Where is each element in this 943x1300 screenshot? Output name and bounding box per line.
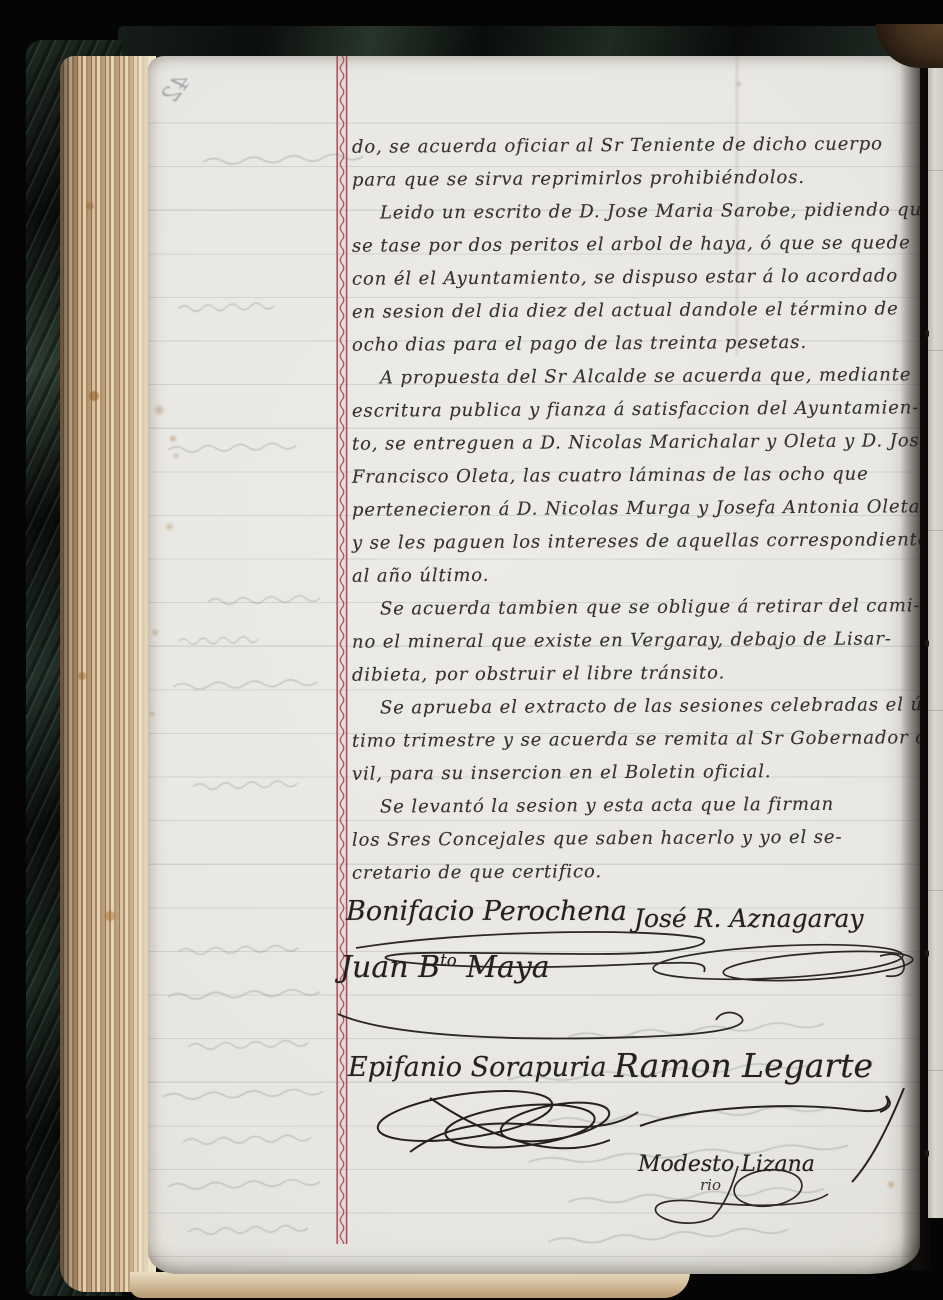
- photograph-of-minute-book: 42: [0, 0, 943, 1300]
- signature-flourish: [332, 996, 762, 1048]
- foxing-spot: [148, 710, 156, 718]
- facing-page-rule: [928, 530, 943, 531]
- manuscript-line: Leido un escrito de D. Jose Maria Sarobe…: [352, 199, 914, 235]
- signature-superscript: to: [440, 951, 457, 970]
- facing-page-rule: [928, 170, 943, 171]
- manuscript-line: Se aprueba el extracto de las sesiones c…: [352, 694, 914, 730]
- manuscript-line: Francisco Oleta, las cuatro láminas de l…: [352, 463, 914, 499]
- manuscript-line: timo trimestre y se acuerda se remita al…: [352, 727, 914, 763]
- foxing-spot: [168, 434, 178, 443]
- manuscript-line: en sesion del dia diez del actual dandol…: [352, 298, 914, 334]
- facing-page-rule: [928, 710, 943, 711]
- manuscript-line: y se les paguen los intereses de aquella…: [352, 529, 914, 565]
- manuscript-page: 42: [148, 56, 920, 1274]
- manuscript-line: Se acuerda tambien que se obligue á reti…: [352, 595, 914, 631]
- manuscript-line: Se levantó la sesion y esta acta que la …: [352, 793, 914, 829]
- manuscript-line: con él el Ayuntamiento, se dispuso estar…: [352, 265, 914, 301]
- manuscript-line: los Sres Concejales que saben hacerlo y …: [352, 826, 914, 862]
- signature-name-part: Maya: [457, 950, 550, 985]
- signature-flourish: [642, 1166, 862, 1230]
- facing-page-rule: [928, 350, 943, 351]
- manuscript-line: to, se entreguen a D. Nicolas Marichalar…: [352, 430, 914, 466]
- page-edge-stack: [60, 56, 156, 1292]
- manuscript-line: ocho dias para el pago de las treinta pe…: [352, 331, 914, 367]
- manuscript-line: se tase por dos peritos el arbol de haya…: [352, 232, 914, 268]
- signature-epifanio-sorapuria: Epifanio Sorapuria: [348, 1052, 607, 1083]
- manuscript-line: dibieta, por obstruir el libre tránsito.: [352, 661, 914, 697]
- manuscript-line: para que se sirva reprimirlos prohibiénd…: [352, 166, 914, 202]
- facing-page-edge: [928, 50, 943, 1218]
- under-page-edge: [130, 1272, 690, 1298]
- facing-page-rule: [928, 1070, 943, 1071]
- foxing-spot: [172, 452, 180, 460]
- manuscript-line: vil, para su insercion en el Boletin ofi…: [352, 760, 914, 796]
- manuscript-line: escritura publica y fianza á satisfaccio…: [352, 397, 914, 433]
- foxing-spot: [734, 80, 743, 88]
- binding-stitch: [925, 1150, 929, 1157]
- signature-ramon-legarte: Ramon Legarte: [614, 1046, 873, 1085]
- foxing-spot: [150, 628, 160, 637]
- foxing-spot: [164, 522, 175, 532]
- signature-bonifacio-perochena: Bonifacio Perochena: [346, 896, 627, 927]
- facing-page-rule: [928, 890, 943, 891]
- signature-name-part: Juan B: [340, 950, 440, 985]
- manuscript-line: al año último.: [352, 562, 914, 598]
- manuscript-line: A propuesta del Sr Alcalde se acuerda qu…: [352, 364, 914, 400]
- signature-juan-bto-maya: Juan Bto Maya: [340, 950, 550, 985]
- manuscript-line: no el mineral que existe en Vergaray, de…: [352, 628, 914, 664]
- foxing-spot: [152, 404, 166, 416]
- binding-stitch: [925, 640, 929, 647]
- signature-flourish: [370, 1082, 670, 1168]
- manuscript-line: pertenecieron á D. Nicolas Murga y Josef…: [352, 496, 914, 532]
- binding-stitch: [925, 950, 929, 957]
- manuscript-body: do, se acuerda oficiar al Sr Teniente de…: [352, 135, 914, 894]
- manuscript-line: do, se acuerda oficiar al Sr Teniente de…: [352, 133, 914, 169]
- signature-flourish: [648, 938, 920, 996]
- signature-jose-r-aznagaray: José R. Aznagaray: [634, 904, 863, 933]
- binding-stitch: [925, 330, 929, 337]
- manuscript-line: cretario de que certifico.: [352, 859, 914, 895]
- book-gutter-shadow: [900, 40, 930, 1270]
